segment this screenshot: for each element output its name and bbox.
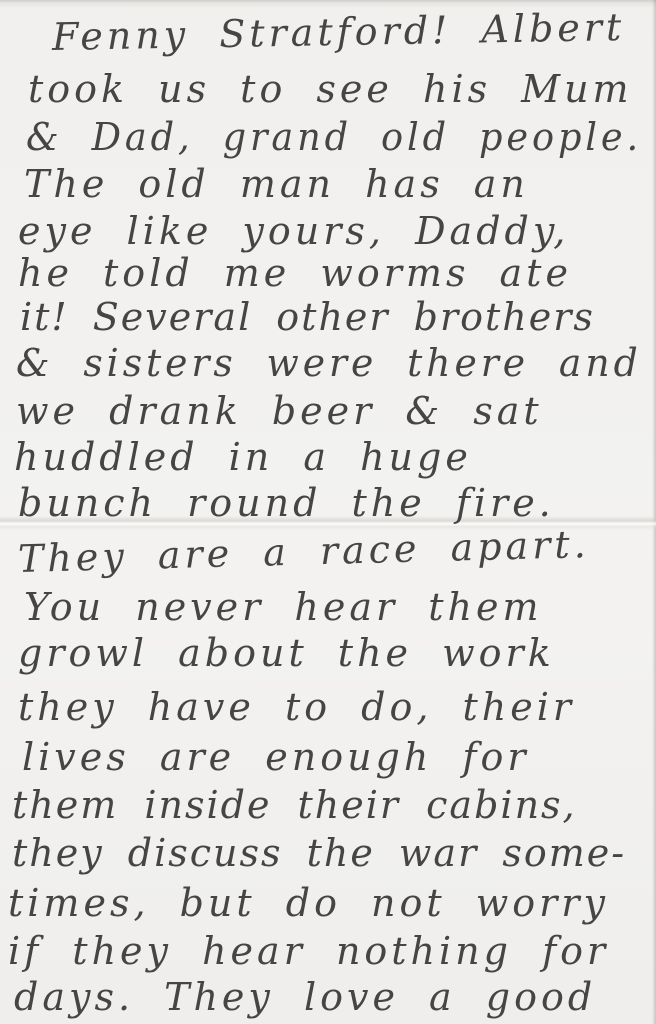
handwritten-line: they have to do, their <box>18 688 575 726</box>
handwritten-line: them inside their cabins, <box>12 786 577 824</box>
handwritten-line: he told me worms ate <box>18 254 572 292</box>
handwritten-line: we drank beer & sat <box>16 392 543 430</box>
handwritten-line: & sisters were there and <box>16 344 642 382</box>
handwritten-line: & Dad, grand old people. <box>26 118 642 156</box>
handwritten-line: They are a race apart. <box>18 525 591 578</box>
handwritten-line: they discuss the war some- <box>12 834 626 872</box>
handwritten-line: eye like yours, Daddy, <box>18 212 569 250</box>
handwritten-text-block: Fenny Stratford! Albert took us to see h… <box>0 0 656 1024</box>
handwritten-line: growl about the work <box>18 634 555 672</box>
handwritten-line: The old man has an <box>24 165 529 203</box>
handwritten-line: took us to see his Mum <box>28 70 633 108</box>
handwritten-line: Fenny Stratford! Albert <box>52 8 626 56</box>
handwritten-line: it! Several other brothers <box>20 298 595 336</box>
handwritten-line: lives are enough for <box>22 738 530 776</box>
letter-page: Fenny Stratford! Albert took us to see h… <box>0 0 656 1024</box>
handwritten-line: times, but do not worry <box>8 884 609 922</box>
handwritten-line: if they hear nothing for <box>8 932 609 970</box>
handwritten-line: days. They love a good <box>14 978 596 1016</box>
handwritten-line: You never hear them <box>24 588 543 626</box>
handwritten-line: bunch round the fire. <box>18 484 555 522</box>
handwritten-line: huddled in a huge <box>14 438 472 476</box>
